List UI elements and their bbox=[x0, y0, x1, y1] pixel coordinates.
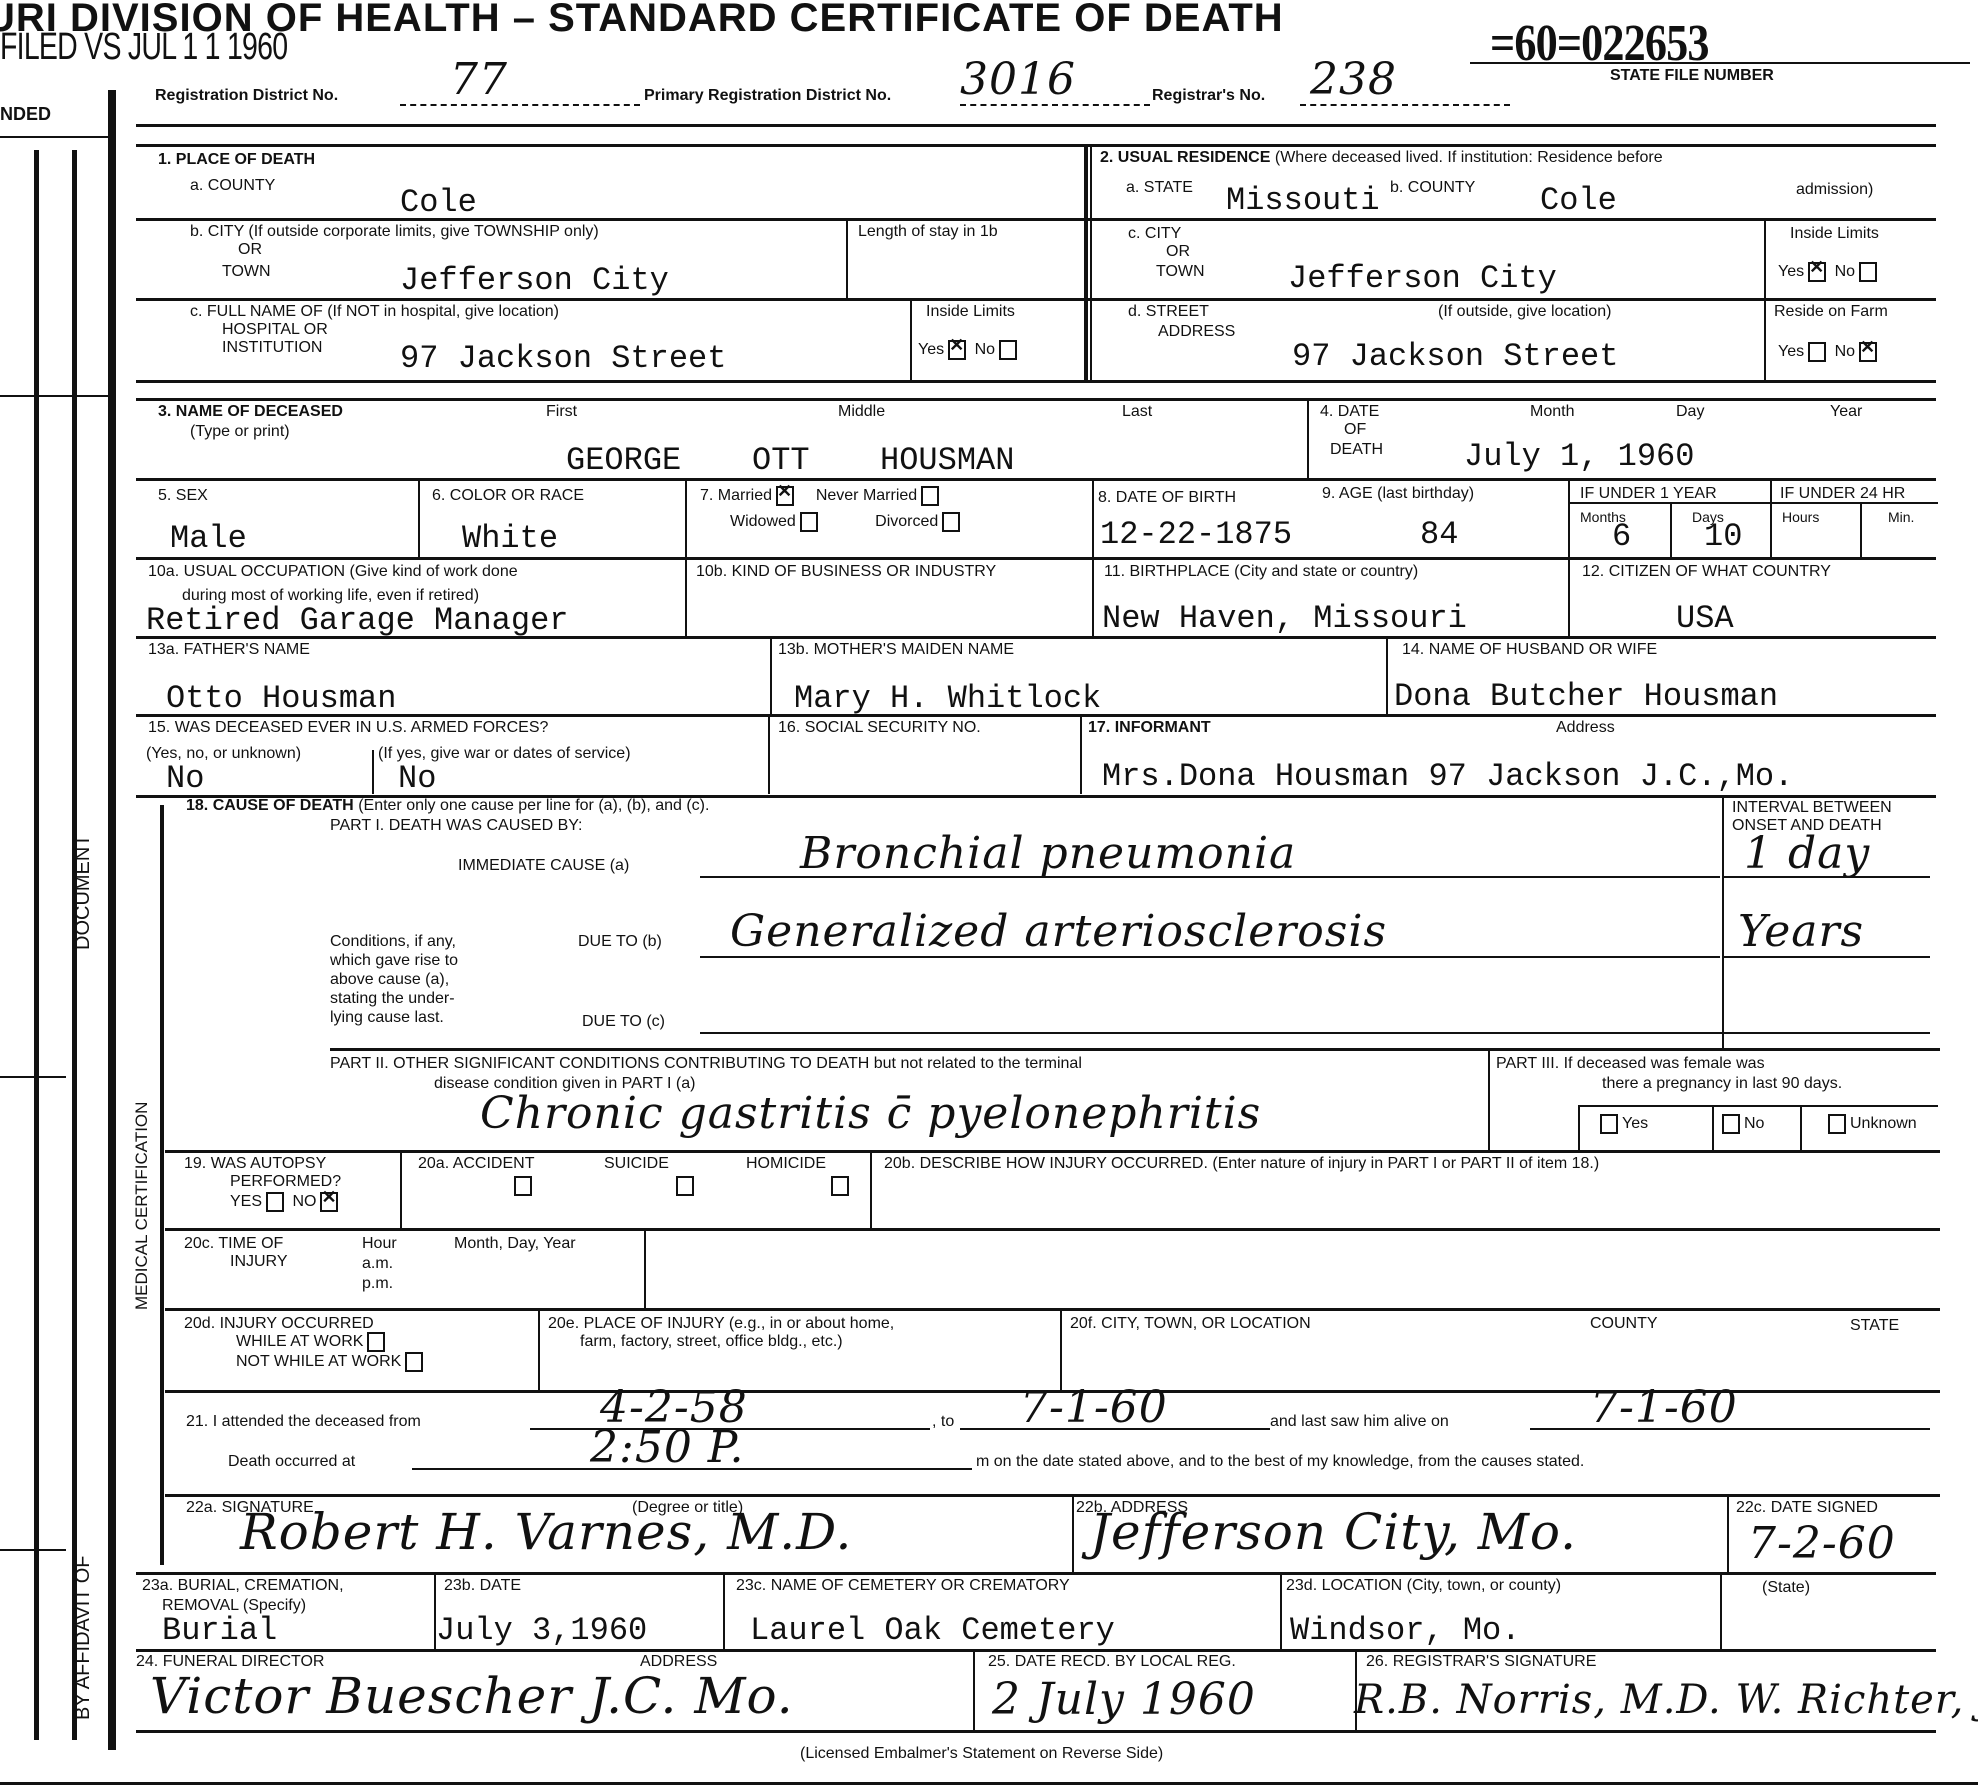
part1-label: PART I. DEATH WAS CAUSED BY: bbox=[330, 816, 583, 835]
not-while-at-work[interactable]: NOT WHILE AT WORK bbox=[236, 1352, 427, 1372]
under-1-year-label: IF UNDER 1 YEAR bbox=[1580, 484, 1717, 503]
pod-hospital-label3: INSTITUTION bbox=[222, 338, 322, 357]
spouse-label: 14. NAME OF HUSBAND OR WIFE bbox=[1402, 640, 1657, 659]
part3-label-b: there a pregnancy in last 90 days. bbox=[1602, 1074, 1842, 1093]
min-label: Min. bbox=[1888, 508, 1914, 527]
race-value[interactable]: White bbox=[462, 522, 558, 556]
date-signed-value[interactable]: 7-2-60 bbox=[1748, 1520, 1896, 1568]
pod-county-label: a. COUNTY bbox=[190, 176, 275, 195]
first-label: First bbox=[546, 402, 577, 421]
location-label: 23d. LOCATION (City, town, or county) bbox=[1286, 1576, 1561, 1595]
res-farm-label: Reside on Farm bbox=[1774, 302, 1888, 321]
margin-document-label: DOCUMENT bbox=[72, 834, 95, 950]
place-of-injury-label: 20e. PLACE OF INJURY (e.g., in or about … bbox=[548, 1314, 894, 1333]
immediate-cause-value[interactable]: Bronchial pneumonia bbox=[800, 830, 1296, 878]
injury-state-label: STATE bbox=[1850, 1316, 1899, 1335]
war-service-value[interactable]: No bbox=[398, 762, 436, 796]
burial-date-label: 23b. DATE bbox=[444, 1576, 521, 1595]
pregnancy-unknown[interactable]: Unknown bbox=[1824, 1114, 1917, 1134]
part3-label: PART III. If deceased was female was bbox=[1496, 1054, 1765, 1073]
state-file-number: =60=022653 bbox=[1490, 14, 1709, 73]
year-label: Year bbox=[1830, 402, 1862, 421]
part2-value[interactable]: Chronic gastritis c̄ pyelonephritis bbox=[480, 1090, 1261, 1138]
last-saw-value[interactable]: 7-1-60 bbox=[1590, 1384, 1738, 1432]
pod-county-value[interactable]: Cole bbox=[400, 186, 477, 220]
occupation-value[interactable]: Retired Garage Manager bbox=[146, 604, 568, 638]
res-street-note: (If outside, give location) bbox=[1438, 302, 1611, 321]
age-label: 9. AGE (last birthday) bbox=[1322, 484, 1474, 503]
dod-value[interactable]: July 1, 1960 bbox=[1464, 440, 1694, 474]
last-label: Last bbox=[1122, 402, 1152, 421]
armed-forces-label: 15. WAS DECEASED EVER IN U.S. ARMED FORC… bbox=[148, 718, 548, 737]
time-of-injury-label: 20c. TIME OF bbox=[184, 1234, 283, 1253]
res-county-value[interactable]: Cole bbox=[1540, 184, 1617, 218]
res-farm-options[interactable]: Yes No bbox=[1778, 342, 1881, 362]
burial-label: 23a. BURIAL, CREMATION, bbox=[142, 1576, 344, 1595]
describe-injury-label: 20b. DESCRIBE HOW INJURY OCCURRED. (Ente… bbox=[884, 1154, 1599, 1173]
pod-city-value[interactable]: Jefferson City bbox=[400, 264, 669, 298]
pod-hospital-label2: HOSPITAL OR bbox=[222, 320, 328, 339]
birthplace-value[interactable]: New Haven, Missouri bbox=[1102, 602, 1467, 636]
margin-affidavit-label: BY AFFIDAVIT OF bbox=[72, 1556, 95, 1720]
cause-heading: 18. CAUSE OF DEATH (Enter only one cause… bbox=[186, 796, 709, 815]
date-recd-label: 25. DATE RECD. BY LOCAL REG. bbox=[988, 1652, 1236, 1671]
day-label: Day bbox=[1676, 402, 1704, 421]
location-state-label: (State) bbox=[1762, 1578, 1810, 1597]
place-of-death-heading: 1. PLACE OF DEATH bbox=[158, 150, 315, 169]
due-to-b-value[interactable]: Generalized arteriosclerosis bbox=[730, 908, 1387, 956]
hour-label: Hour bbox=[362, 1234, 397, 1253]
never-married-checkbox[interactable] bbox=[921, 486, 939, 506]
pod-city-label-town: TOWN bbox=[222, 262, 271, 281]
dob-label: 8. DATE OF BIRTH bbox=[1098, 488, 1236, 507]
death-time-value[interactable]: 2:50 P. bbox=[590, 1424, 744, 1472]
burial-value[interactable]: Burial bbox=[162, 1614, 277, 1648]
due-to-b-label: DUE TO (b) bbox=[578, 932, 662, 951]
cemetery-value[interactable]: Laurel Oak Cemetery bbox=[750, 1614, 1115, 1648]
accident-checkbox[interactable] bbox=[514, 1176, 532, 1196]
autopsy-options[interactable]: YES NO bbox=[230, 1192, 342, 1212]
res-farm-yes-checkbox[interactable] bbox=[1808, 342, 1826, 362]
death-occurred-label: Death occurred at bbox=[228, 1452, 355, 1471]
embalmer-note: (Licensed Embalmer's Statement on Revers… bbox=[800, 1744, 1163, 1763]
hours-label: Hours bbox=[1782, 508, 1819, 527]
suicide-label: SUICIDE bbox=[604, 1154, 669, 1173]
business-label: 10b. KIND OF BUSINESS OR INDUSTRY bbox=[696, 562, 996, 581]
res-inside-limits-label: Inside Limits bbox=[1790, 224, 1879, 243]
funeral-director-value[interactable]: Victor Buescher J.C. Mo. bbox=[150, 1672, 794, 1720]
homicide-checkbox[interactable] bbox=[831, 1176, 849, 1196]
at-work-label: 20d. INJURY OCCURRED bbox=[184, 1314, 374, 1333]
res-city-value[interactable]: Jefferson City bbox=[1288, 262, 1557, 296]
divorced-label: Divorced bbox=[875, 513, 938, 530]
mother-value[interactable]: Mary H. Whitlock bbox=[794, 682, 1101, 716]
res-city-label: c. CITY bbox=[1128, 224, 1181, 243]
sex-label: 5. SEX bbox=[158, 486, 208, 505]
never-married-label: Never Married bbox=[816, 487, 917, 504]
pod-inside-limits-yes[interactable]: Yes No bbox=[918, 340, 1021, 360]
res-city-town: TOWN bbox=[1156, 262, 1205, 281]
length-of-stay-label: Length of stay in 1b bbox=[858, 222, 998, 241]
attended-label: 21. I attended the deceased from bbox=[186, 1412, 421, 1431]
first-name-value[interactable]: GEORGE bbox=[566, 444, 681, 478]
father-value[interactable]: Otto Housman bbox=[166, 682, 396, 716]
pod-hospital-label: c. FULL NAME OF (If NOT in hospital, giv… bbox=[190, 302, 559, 321]
pregnancy-yes-checkbox[interactable] bbox=[1600, 1114, 1618, 1134]
date-recd-value[interactable]: 2 July 1960 bbox=[992, 1676, 1256, 1724]
pregnancy-unknown-checkbox[interactable] bbox=[1828, 1114, 1846, 1134]
margin-medical-certification-label: MEDICAL CERTIFICATION bbox=[132, 1102, 152, 1310]
ssn-label: 16. SOCIAL SECURITY NO. bbox=[778, 718, 981, 737]
marital-row2: Widowed Divorced bbox=[730, 512, 964, 532]
pod-city-label: b. CITY (If outside corporate limits, gi… bbox=[190, 222, 599, 241]
race-label: 6. COLOR OR RACE bbox=[432, 486, 584, 505]
marital-row1: 7. Married Never Married bbox=[700, 486, 943, 506]
citizen-label: 12. CITIZEN OF WHAT COUNTRY bbox=[1582, 562, 1831, 581]
state-file-number-label: STATE FILE NUMBER bbox=[1610, 66, 1774, 85]
months-value[interactable]: 6 bbox=[1612, 520, 1631, 554]
immediate-cause-label: IMMEDIATE CAUSE (a) bbox=[458, 856, 629, 875]
pod-city-label-or: OR bbox=[238, 240, 262, 259]
occupation-label: 10a. USUAL OCCUPATION (Give kind of work… bbox=[148, 562, 518, 581]
dob-value[interactable]: 12-22-1875 bbox=[1100, 518, 1292, 552]
homicide-label: HOMICIDE bbox=[746, 1154, 826, 1173]
location-value[interactable]: Windsor, Mo. bbox=[1290, 1614, 1520, 1648]
certifier-address[interactable]: Jefferson City, Mo. bbox=[1090, 1508, 1577, 1556]
dod-label: 4. DATE bbox=[1320, 402, 1379, 421]
pod-inside-limits-label: Inside Limits bbox=[926, 302, 1015, 321]
registration-district-label: Registration District No. bbox=[155, 86, 338, 105]
not-while-at-work-checkbox[interactable] bbox=[405, 1352, 423, 1372]
mdy-label: Month, Day, Year bbox=[454, 1234, 576, 1253]
autopsy-no-checkbox[interactable] bbox=[320, 1192, 338, 1212]
under-24-hr-label: IF UNDER 24 HR bbox=[1780, 484, 1905, 503]
autopsy-yes-checkbox[interactable] bbox=[266, 1192, 284, 1212]
autopsy-label: 19. WAS AUTOPSY bbox=[184, 1154, 326, 1173]
name-label2: (Type or print) bbox=[190, 422, 290, 441]
age-value[interactable]: 84 bbox=[1420, 518, 1458, 552]
place-of-injury-label2: farm, factory, street, office bldg., etc… bbox=[580, 1332, 843, 1351]
interval-a-value[interactable]: 1 day bbox=[1744, 830, 1870, 878]
informant-value[interactable]: Mrs.Dona Housman 97 Jackson J.C.,Mo. bbox=[1102, 760, 1793, 794]
injury-city-label: 20f. CITY, TOWN, OR LOCATION bbox=[1070, 1314, 1311, 1333]
widowed-label: Widowed bbox=[730, 513, 796, 530]
res-state-value[interactable]: Missouti bbox=[1226, 184, 1380, 218]
married-label: 7. Married bbox=[700, 487, 772, 504]
injury-county-label: COUNTY bbox=[1590, 1314, 1658, 1333]
sex-value[interactable]: Male bbox=[170, 522, 247, 556]
while-at-work-checkbox[interactable] bbox=[367, 1332, 385, 1352]
filed-stamp: FILED VS JUL 1 1 1960 bbox=[0, 26, 287, 69]
side-label-nded: NDED bbox=[0, 104, 51, 124]
name-label: 3. NAME OF DECEASED bbox=[158, 402, 343, 421]
spouse-value[interactable]: Dona Butcher Housman bbox=[1394, 680, 1778, 714]
to-label: , to bbox=[932, 1412, 954, 1431]
while-at-work[interactable]: WHILE AT WORK bbox=[236, 1332, 389, 1352]
pod-inside-yes-checkbox[interactable] bbox=[948, 340, 966, 360]
res-farm-no-checkbox[interactable] bbox=[1859, 342, 1877, 362]
date-signed-label: 22c. DATE SIGNED bbox=[1736, 1498, 1878, 1517]
due-to-c-label: DUE TO (c) bbox=[582, 1012, 665, 1031]
middle-label: Middle bbox=[838, 402, 885, 421]
accident-label: 20a. ACCIDENT bbox=[418, 1154, 534, 1173]
informant-label: 17. INFORMANT bbox=[1088, 718, 1211, 737]
pm-label: p.m. bbox=[362, 1274, 393, 1293]
armed-forces-value[interactable]: No bbox=[166, 762, 204, 796]
registrar-signature[interactable]: R.B. Norris, M.D. W. Richter, Jr. bbox=[1354, 1676, 1978, 1724]
last-saw-label: and last saw him alive on bbox=[1270, 1412, 1449, 1431]
res-inside-limits-options[interactable]: Yes No bbox=[1778, 262, 1881, 282]
pregnancy-no[interactable]: No bbox=[1718, 1114, 1764, 1134]
conditions-note: Conditions, if any, which gave rise to a… bbox=[330, 932, 530, 1027]
married-checkbox[interactable] bbox=[776, 486, 794, 506]
am-label: a.m. bbox=[362, 1254, 393, 1273]
res-street-label2: ADDRESS bbox=[1158, 322, 1235, 341]
dod-label3: DEATH bbox=[1330, 440, 1383, 459]
res-inside-yes-checkbox[interactable] bbox=[1808, 262, 1826, 282]
burial-date-value[interactable]: July 3,1960 bbox=[436, 1614, 647, 1648]
informant-address-label: Address bbox=[1556, 718, 1615, 737]
primary-registration-label: Primary Registration District No. bbox=[644, 86, 891, 105]
registrars-no-value: 238 bbox=[1310, 56, 1397, 104]
days-value[interactable]: 10 bbox=[1704, 520, 1742, 554]
month-label: Month bbox=[1530, 402, 1574, 421]
attended-to-value[interactable]: 7-1-60 bbox=[1020, 1384, 1168, 1432]
suicide-checkbox[interactable] bbox=[676, 1176, 694, 1196]
certifier-signature[interactable]: Robert H. Varnes, M.D. bbox=[240, 1508, 852, 1556]
res-inside-no-checkbox[interactable] bbox=[1859, 262, 1877, 282]
pod-inside-no-checkbox[interactable] bbox=[999, 340, 1017, 360]
pod-hospital-value[interactable]: 97 Jackson Street bbox=[400, 342, 726, 376]
part2-label: PART II. OTHER SIGNIFICANT CONDITIONS CO… bbox=[330, 1054, 1082, 1073]
cemetery-label: 23c. NAME OF CEMETERY OR CREMATORY bbox=[736, 1576, 1070, 1595]
res-street-label: d. STREET bbox=[1128, 302, 1209, 321]
pregnancy-no-checkbox[interactable] bbox=[1722, 1114, 1740, 1134]
time-of-injury-label2: INJURY bbox=[230, 1252, 288, 1271]
res-street-value[interactable]: 97 Jackson Street bbox=[1292, 340, 1618, 374]
father-label: 13a. FATHER'S NAME bbox=[148, 640, 310, 659]
pregnancy-yes[interactable]: Yes bbox=[1596, 1114, 1648, 1134]
registration-district-value: 77 bbox=[450, 56, 508, 104]
primary-registration-value: 3016 bbox=[960, 56, 1076, 104]
mother-label: 13b. MOTHER'S MAIDEN NAME bbox=[778, 640, 1014, 659]
last-name-value[interactable]: HOUSMAN bbox=[880, 444, 1014, 478]
registrar-label: 26. REGISTRAR'S SIGNATURE bbox=[1366, 1652, 1596, 1671]
interval-b-value[interactable]: Years bbox=[1738, 908, 1864, 956]
birthplace-label: 11. BIRTHPLACE (City and state or countr… bbox=[1104, 562, 1418, 581]
dod-label2: OF bbox=[1344, 420, 1366, 439]
res-state-label: a. STATE bbox=[1126, 178, 1193, 197]
death-occurred-tail: m on the date stated above, and to the b… bbox=[976, 1452, 1584, 1471]
residence-heading: 2. USUAL RESIDENCE (Where deceased lived… bbox=[1100, 148, 1663, 167]
residence-heading-note2: admission) bbox=[1796, 180, 1873, 199]
registrars-no-label: Registrar's No. bbox=[1152, 86, 1265, 105]
interval-label: INTERVAL BETWEEN bbox=[1732, 798, 1892, 817]
middle-name-value[interactable]: OTT bbox=[752, 444, 810, 478]
citizen-value[interactable]: USA bbox=[1676, 602, 1734, 636]
res-city-or: OR bbox=[1166, 242, 1190, 261]
widowed-checkbox[interactable] bbox=[800, 512, 818, 532]
divorced-checkbox[interactable] bbox=[942, 512, 960, 532]
res-county-label: b. COUNTY bbox=[1390, 178, 1475, 197]
